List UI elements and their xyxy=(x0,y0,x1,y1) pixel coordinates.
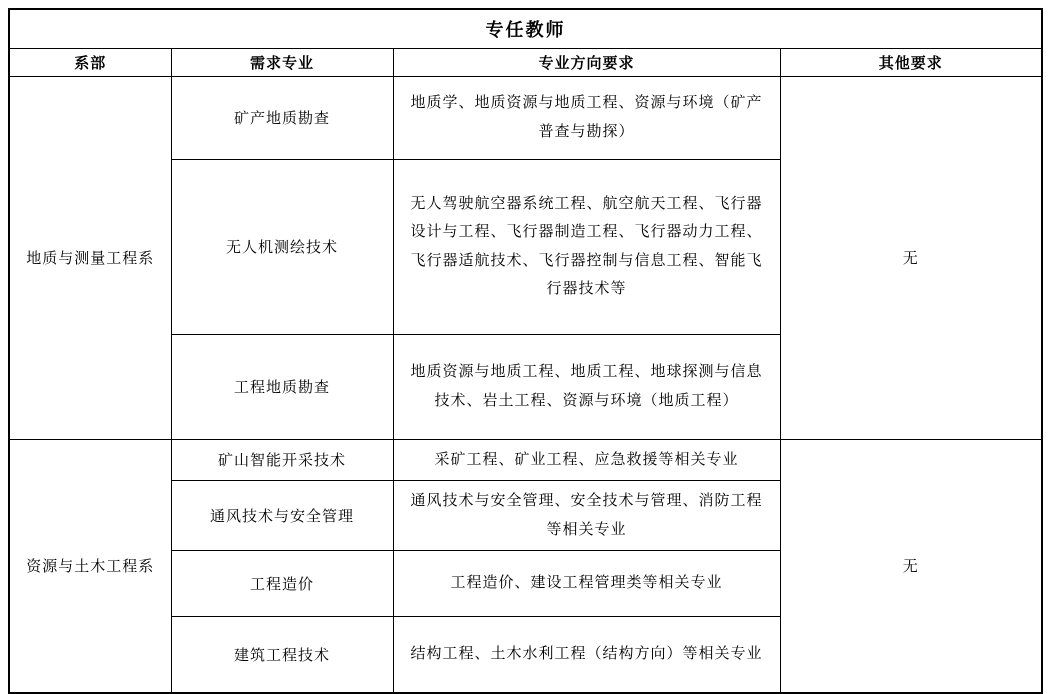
document-page: 专任教师 系部 需求专业 专业方向要求 其他要求 地质与测量工程系 矿产地质勘查… xyxy=(0,0,1049,680)
department-cell: 资源与土木工程系 xyxy=(9,439,171,693)
table-title: 专任教师 xyxy=(9,9,1042,48)
direction-cell: 采矿工程、矿业工程、应急救援等相关专业 xyxy=(393,439,780,481)
table-row: 地质与测量工程系 矿产地质勘查 地质学、地质资源与地质工程、资源与环境（矿产普查… xyxy=(9,76,1042,159)
direction-cell: 通风技术与安全管理、安全技术与管理、消防工程等相关专业 xyxy=(393,481,780,551)
major-cell: 通风技术与安全管理 xyxy=(171,481,393,551)
header-department: 系部 xyxy=(9,48,171,76)
direction-cell: 结构工程、土木水利工程（结构方向）等相关专业 xyxy=(393,617,780,693)
major-cell: 无人机测绘技术 xyxy=(171,159,393,334)
major-cell: 工程地质勘查 xyxy=(171,334,393,439)
major-cell: 工程造价 xyxy=(171,551,393,617)
major-cell: 建筑工程技术 xyxy=(171,617,393,693)
major-cell: 矿产地质勘查 xyxy=(171,76,393,159)
other-requirement-cell: 无 xyxy=(780,76,1042,439)
header-direction: 专业方向要求 xyxy=(393,48,780,76)
other-requirement-cell: 无 xyxy=(780,439,1042,693)
direction-cell: 工程造价、建设工程管理类等相关专业 xyxy=(393,551,780,617)
header-other: 其他要求 xyxy=(780,48,1042,76)
table-header-row: 系部 需求专业 专业方向要求 其他要求 xyxy=(9,48,1042,76)
direction-cell: 地质学、地质资源与地质工程、资源与环境（矿产普查与勘探） xyxy=(393,76,780,159)
header-major: 需求专业 xyxy=(171,48,393,76)
direction-cell: 地质资源与地质工程、地质工程、地球探测与信息技术、岩土工程、资源与环境（地质工程… xyxy=(393,334,780,439)
direction-cell: 无人驾驶航空器系统工程、航空航天工程、飞行器设计与工程、飞行器制造工程、飞行器动… xyxy=(393,159,780,334)
teacher-recruitment-table: 专任教师 系部 需求专业 专业方向要求 其他要求 地质与测量工程系 矿产地质勘查… xyxy=(8,8,1043,694)
department-cell: 地质与测量工程系 xyxy=(9,76,171,439)
major-cell: 矿山智能开采技术 xyxy=(171,439,393,481)
table-title-row: 专任教师 xyxy=(9,9,1042,48)
table-row: 资源与土木工程系 矿山智能开采技术 采矿工程、矿业工程、应急救援等相关专业 无 xyxy=(9,439,1042,481)
